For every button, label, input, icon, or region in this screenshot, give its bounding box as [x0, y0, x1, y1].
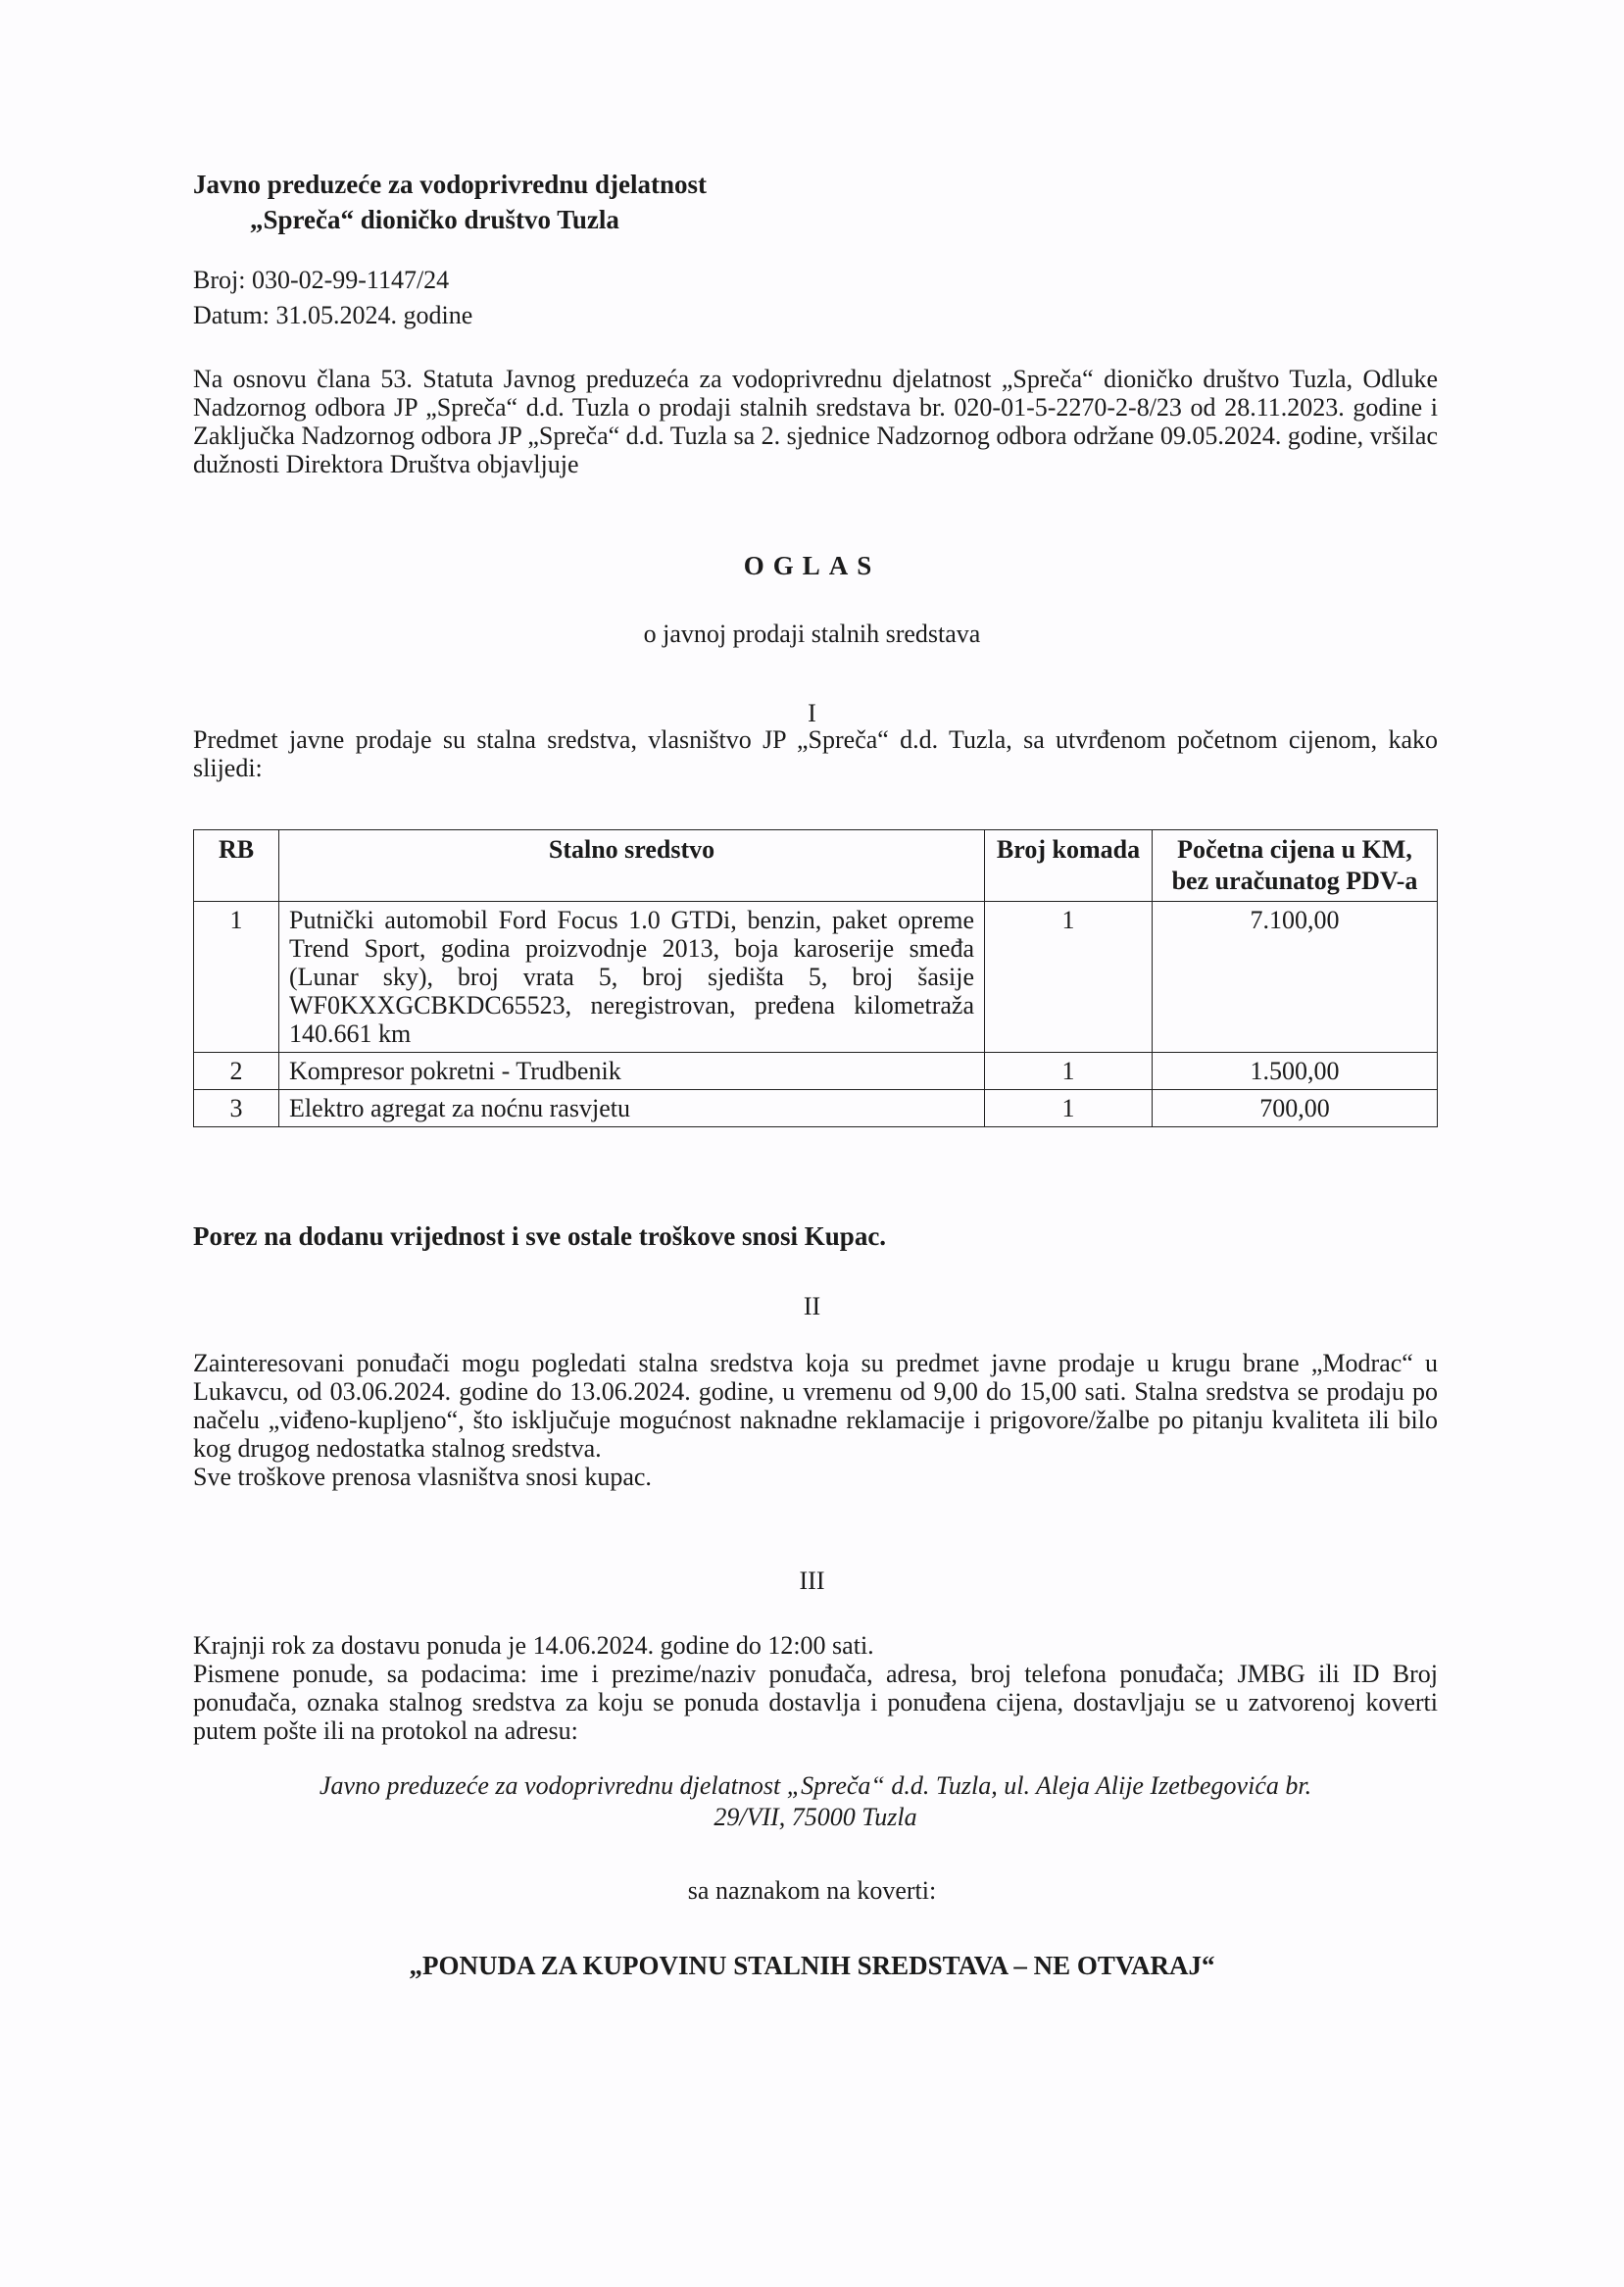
org-line-1: Javno preduzeće za vodoprivrednu djelatn… [193, 167, 707, 202]
row-rb: 3 [194, 1090, 279, 1127]
row-quantity: 1 [985, 1053, 1153, 1090]
row-price: 700,00 [1153, 1090, 1438, 1127]
deadline-text: Krajnji rok za dostavu ponuda je 14.06.2… [193, 1631, 1438, 1660]
row-price: 7.100,00 [1153, 902, 1438, 1053]
header-quantity: Broj komada [985, 830, 1153, 902]
section-3-text: Krajnji rok za dostavu ponuda je 14.06.2… [193, 1631, 1438, 1745]
row-description: Putnički automobil Ford Focus 1.0 GTDi, … [279, 902, 985, 1053]
header-asset: Stalno sredstvo [279, 830, 985, 902]
section-2-numeral: II [0, 1292, 1624, 1321]
row-rb: 1 [194, 902, 279, 1053]
section-1-text: Predmet javne prodaje su stalna sredstva… [193, 725, 1438, 782]
section-2-paragraph: Zainteresovani ponuđači mogu pogledati s… [193, 1349, 1438, 1463]
header-price: Početna cijena u KM, bez uračunatog PDV-… [1153, 830, 1438, 902]
table-header-row: RB Stalno sredstvo Broj komada Početna c… [194, 830, 1438, 902]
table-row: 1 Putnički automobil Ford Focus 1.0 GTDi… [194, 902, 1438, 1053]
document-subtitle: o javnoj prodaji stalnih sredstava [0, 620, 1624, 649]
section-3-numeral: III [0, 1566, 1624, 1596]
section-2-text: Zainteresovani ponuđači mogu pogledati s… [193, 1349, 1438, 1491]
header-rb: RB [194, 830, 279, 902]
row-rb: 2 [194, 1053, 279, 1090]
document-number: Broj: 030-02-99-1147/24 [193, 263, 472, 298]
table-row: 3 Elektro agregat za noćnu rasvjetu 1 70… [194, 1090, 1438, 1127]
row-description: Kompresor pokretni - Trudbenik [279, 1053, 985, 1090]
table-row: 2 Kompresor pokretni - Trudbenik 1 1.500… [194, 1053, 1438, 1090]
address-line-2: 29/VII, 75000 Tuzla [193, 1802, 1438, 1833]
document-meta: Broj: 030-02-99-1147/24 Datum: 31.05.202… [193, 263, 472, 333]
intro-paragraph: Na osnovu člana 53. Statuta Javnog predu… [193, 365, 1438, 478]
row-description: Elektro agregat za noćnu rasvjetu [279, 1090, 985, 1127]
document-date: Datum: 31.05.2024. godine [193, 298, 472, 333]
assets-table: RB Stalno sredstvo Broj komada Početna c… [193, 829, 1438, 1127]
organization-name: Javno preduzeće za vodoprivrednu djelatn… [193, 167, 707, 237]
delivery-address: Javno preduzeće za vodoprivrednu djelatn… [193, 1770, 1438, 1833]
address-line-1: Javno preduzeće za vodoprivrednu djelatn… [193, 1770, 1438, 1802]
row-quantity: 1 [985, 902, 1153, 1053]
envelope-marking: „PONUDA ZA KUPOVINU STALNIH SREDSTAVA – … [0, 1951, 1624, 1981]
section-2-transfer-costs: Sve troškove prenosa vlasništva snosi ku… [193, 1463, 1438, 1491]
tax-note: Porez na dodanu vrijednost i sve ostale … [193, 1221, 886, 1252]
document-title: OGLAS [0, 551, 1624, 581]
envelope-label: sa naznakom na koverti: [0, 1876, 1624, 1906]
instructions-text: Pismene ponude, sa podacima: ime i prezi… [193, 1660, 1438, 1745]
section-1-numeral: I [0, 699, 1624, 728]
row-price: 1.500,00 [1153, 1053, 1438, 1090]
org-line-2: „Spreča“ dioničko društvo Tuzla [193, 202, 707, 237]
row-quantity: 1 [985, 1090, 1153, 1127]
